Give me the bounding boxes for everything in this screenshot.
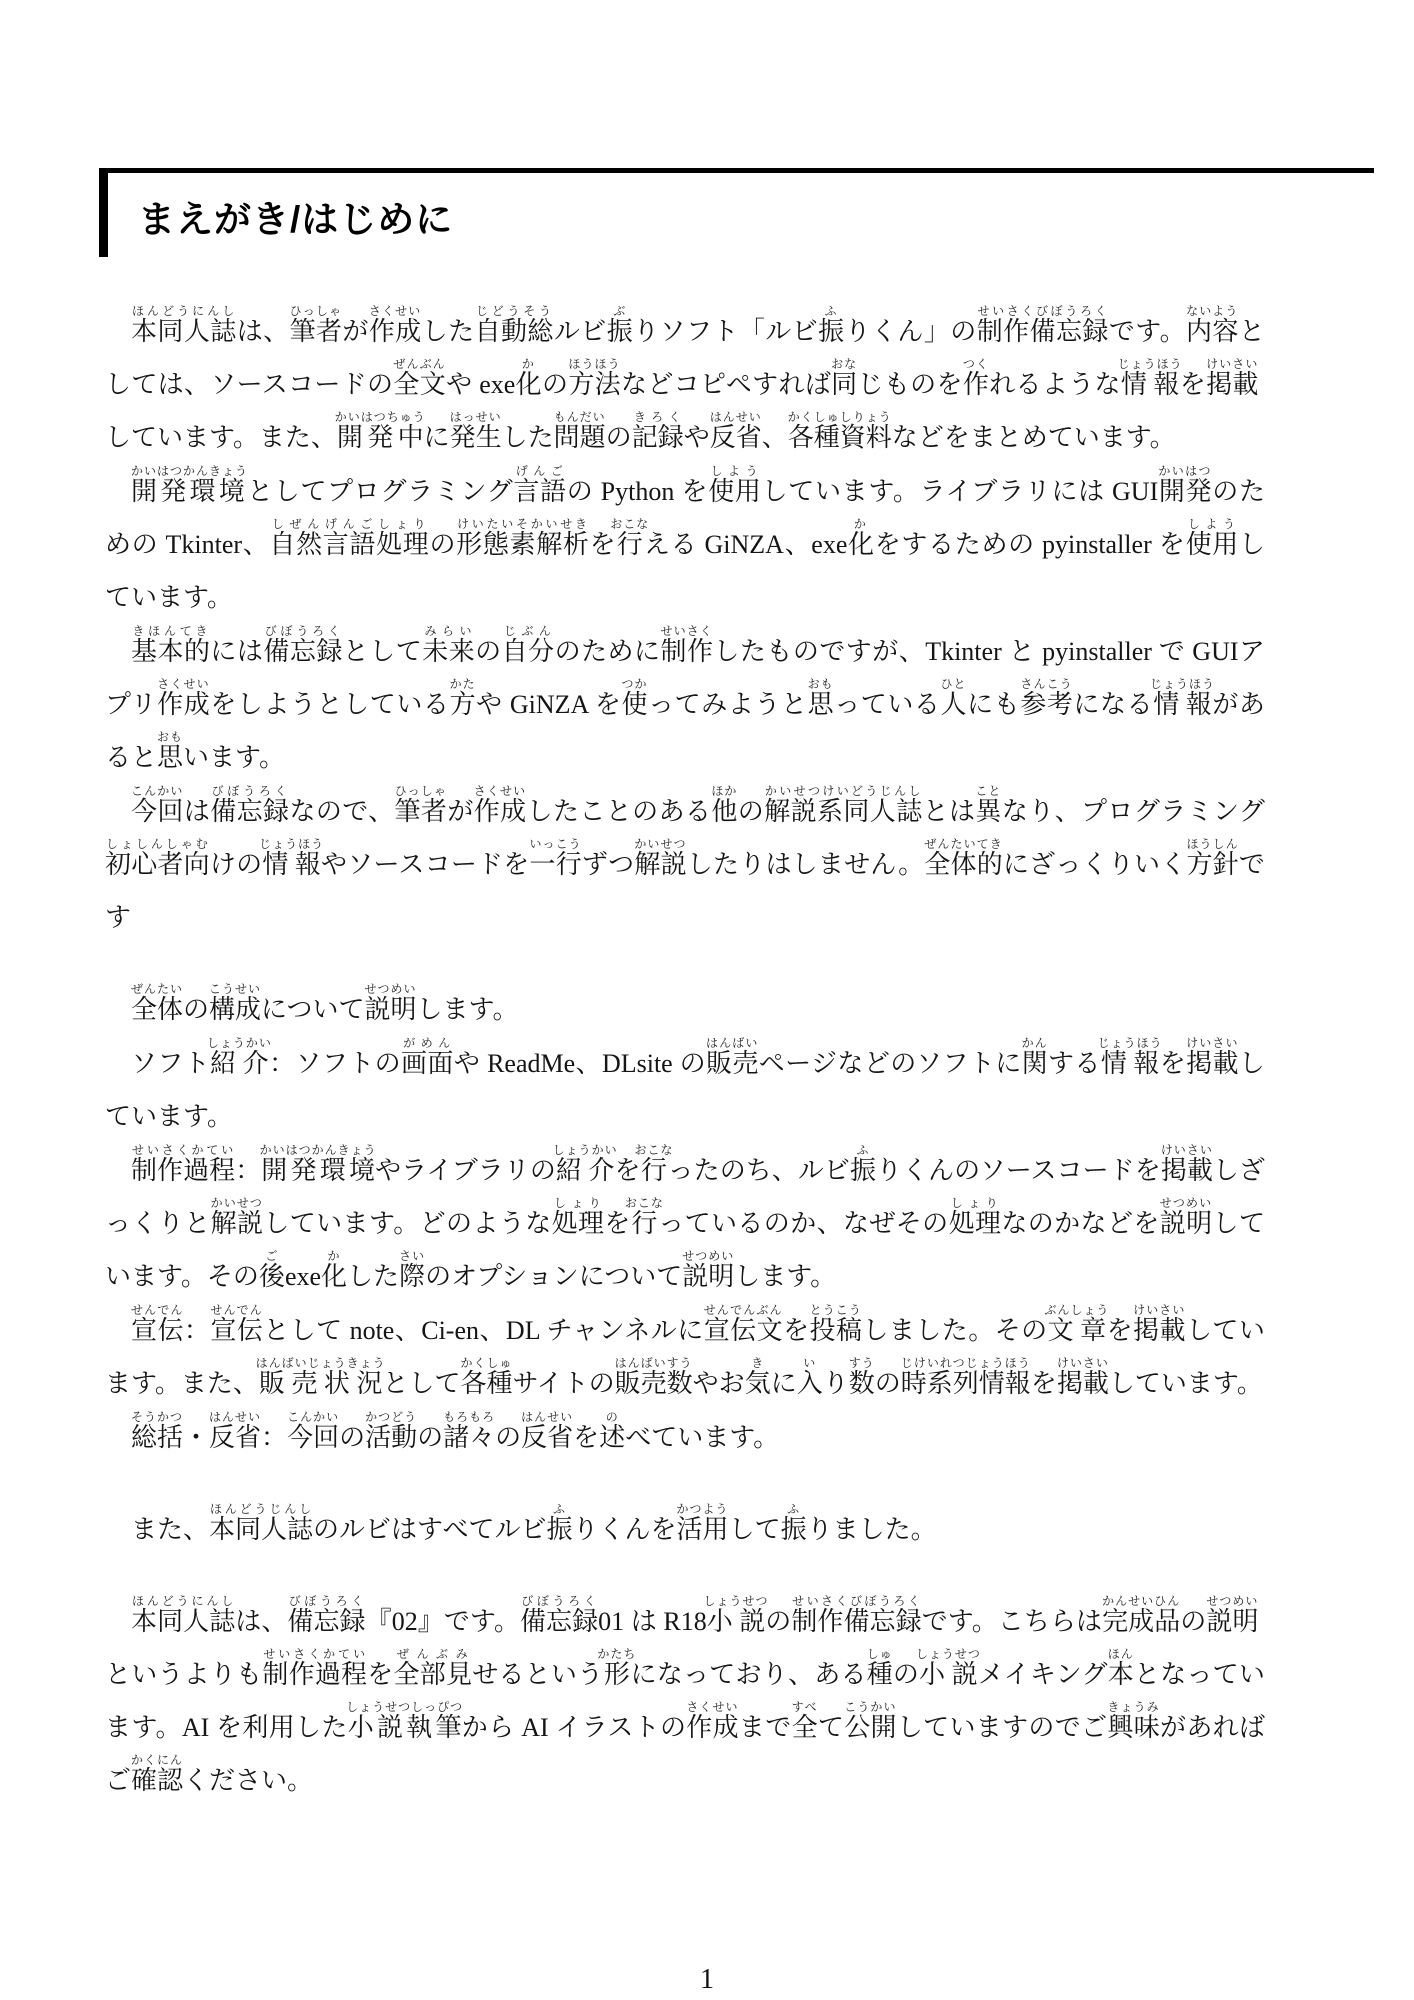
paragraph-11: 本同人誌ほんどうにんしは、備忘録びぼうろく『02』です。備忘録びぼうろく01 は… [105, 1594, 1265, 1807]
paragraph-7: 制作過程せいさくかてい：開発環境かいはつかんきょうやライブラリの紹介しょうかいを… [105, 1143, 1265, 1303]
paragraph-5: 全体ぜんたいの構成こうせいについて説明せつめいします。 [105, 982, 1265, 1036]
paragraph-10: また、本同人誌ほんどうじんしのルビはすべてルビ振ふりくんを活用かつようして振ふり… [105, 1502, 1265, 1556]
paragraph-6: ソフト紹介しょうかい：ソフトの画面がめんや ReadMe、DLsite の販売は… [105, 1036, 1265, 1143]
paragraph-1: 本同人誌ほんどうにんしは、筆者ひっしゃが作成さくせいした自動総じどうそうルビ振ぶ… [105, 304, 1265, 464]
body-text: 本同人誌ほんどうにんしは、筆者ひっしゃが作成さくせいした自動総じどうそうルビ振ぶ… [105, 304, 1265, 1807]
paragraph-8: 宣伝せんでん：宣伝せんでんとして note、Ci-en、DL チャンネルに宣伝文… [105, 1303, 1265, 1410]
section-heading-block: まえがき/はじめに [99, 168, 1374, 257]
page-title: まえがき/はじめに [138, 189, 1374, 243]
paragraph-4: 今回こんかいは備忘録びぼうろくなので、筆者ひっしゃが作成さくせいしたことのある他… [105, 784, 1265, 944]
paragraph-3: 基本的きほんてきには備忘録びぼうろくとして未来みらいの自分じぶんのために制作せい… [105, 624, 1265, 784]
document-page: まえがき/はじめに 本同人誌ほんどうにんしは、筆者ひっしゃが作成さくせいした自動… [0, 0, 1414, 2000]
paragraph-2: 開発環境かいはつかんきょうとしてプログラミング言語げんごの Python を使用… [105, 464, 1265, 624]
paragraph-9: 総括そうかつ・反省はんせい：今回こんかいの活動かつどうの諸々もろもろの反省はんせ… [105, 1410, 1265, 1464]
page-number: 1 [0, 1964, 1414, 1996]
